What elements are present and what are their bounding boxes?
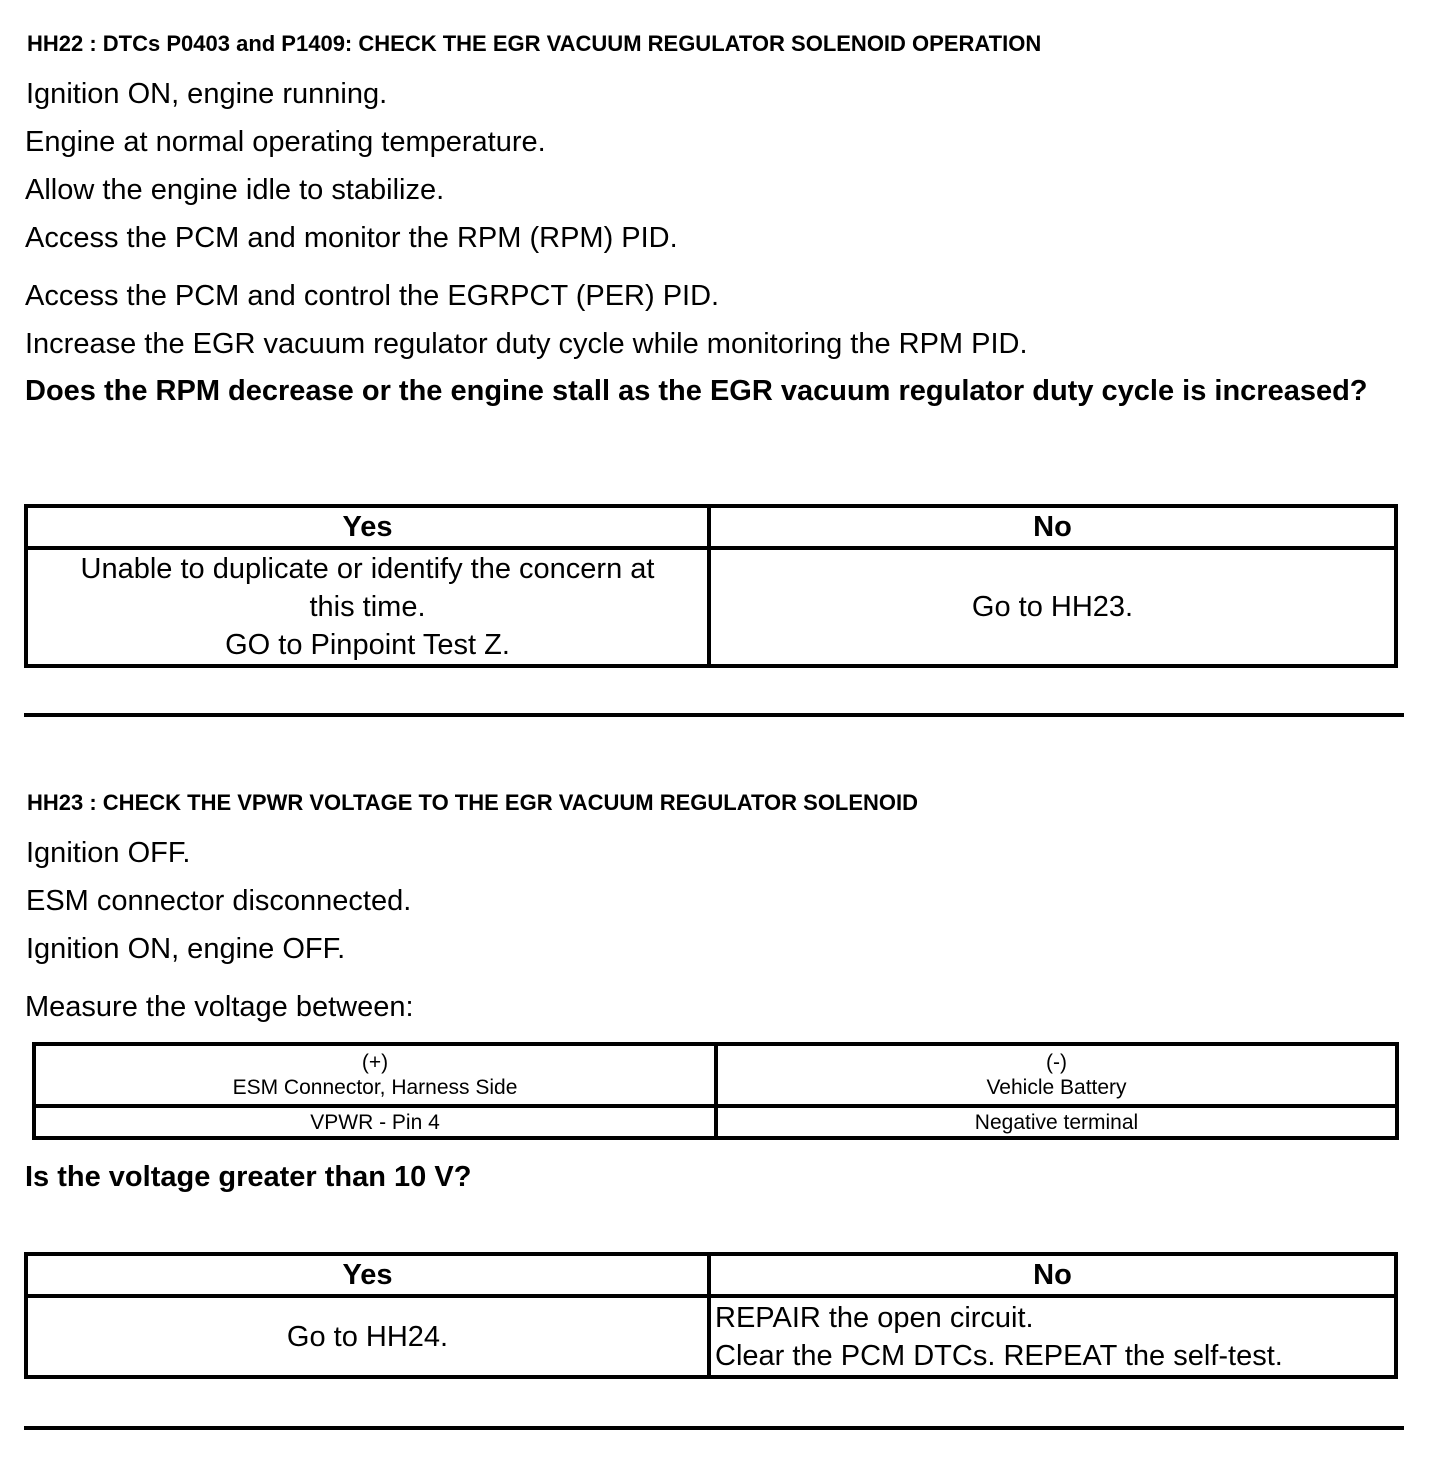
measure-positive-header: (+) ESM Connector, Harness Side [34,1044,716,1106]
instruction-item: Access the PCM and control the EGRPCT (P… [25,279,719,313]
measure-negative-point: Negative terminal [716,1106,1397,1138]
answer-yes-cell: Unable to duplicate or identify the conc… [26,548,709,666]
answer-header-no: No [709,1254,1396,1296]
answer-yes-cell: Go to HH24. [26,1296,709,1377]
section-divider [24,1426,1404,1430]
answer-table-hh22: Yes No Unable to duplicate or identify t… [24,504,1398,668]
answer-yes-link-hh24[interactable]: Go to HH24. [28,1318,707,1356]
answer-no-cell: Go to HH23. [709,548,1396,666]
answer-table-hh23: Yes No Go to HH24. REPAIR the open circu… [24,1252,1398,1379]
answer-header-yes: Yes [26,1254,709,1296]
instruction-item: ESM connector disconnected. [26,884,411,918]
instruction-item: Ignition ON, engine OFF. [26,932,345,966]
instruction-item: Engine at normal operating temperature. [25,125,546,159]
step-question-hh22: Does the RPM decrease or the engine stal… [25,374,1425,409]
step-title-hh22: HH22 : DTCs P0403 and P1409: CHECK THE E… [27,31,1041,57]
instruction-item: Ignition OFF. [26,836,190,870]
negative-label: Vehicle Battery [718,1075,1395,1100]
answer-yes-line: Unable to duplicate or identify the conc… [28,550,707,588]
answer-no-cell: REPAIR the open circuit. Clear the PCM D… [709,1296,1396,1377]
answer-no-line: Clear the PCM DTCs. REPEAT the self-test… [715,1337,1394,1375]
instruction-item: Ignition ON, engine running. [26,77,387,111]
answer-header-no: No [709,506,1396,548]
answer-header-yes: Yes [26,506,709,548]
section-divider [24,713,1404,717]
step-title-hh23: HH23 : CHECK THE VPWR VOLTAGE TO THE EGR… [27,790,918,816]
measurement-table: (+) ESM Connector, Harness Side (-) Vehi… [32,1042,1399,1140]
instruction-item: Allow the engine idle to stabilize. [25,173,444,207]
instruction-item: Increase the EGR vacuum regulator duty c… [25,327,1028,361]
answer-no-line: REPAIR the open circuit. [715,1299,1394,1337]
positive-symbol: (+) [36,1050,714,1075]
step-question-hh23: Is the voltage greater than 10 V? [25,1160,471,1195]
answer-yes-link-pinpoint-test[interactable]: GO to Pinpoint Test Z. [28,626,707,664]
instruction-item: Measure the voltage between: [25,990,414,1024]
answer-no-link-hh23[interactable]: Go to HH23. [711,588,1394,626]
measure-positive-point: VPWR - Pin 4 [34,1106,716,1138]
instruction-item: Access the PCM and monitor the RPM (RPM)… [25,221,678,255]
negative-symbol: (-) [718,1050,1395,1075]
answer-yes-line: this time. [28,588,707,626]
positive-label: ESM Connector, Harness Side [36,1075,714,1100]
measure-negative-header: (-) Vehicle Battery [716,1044,1397,1106]
